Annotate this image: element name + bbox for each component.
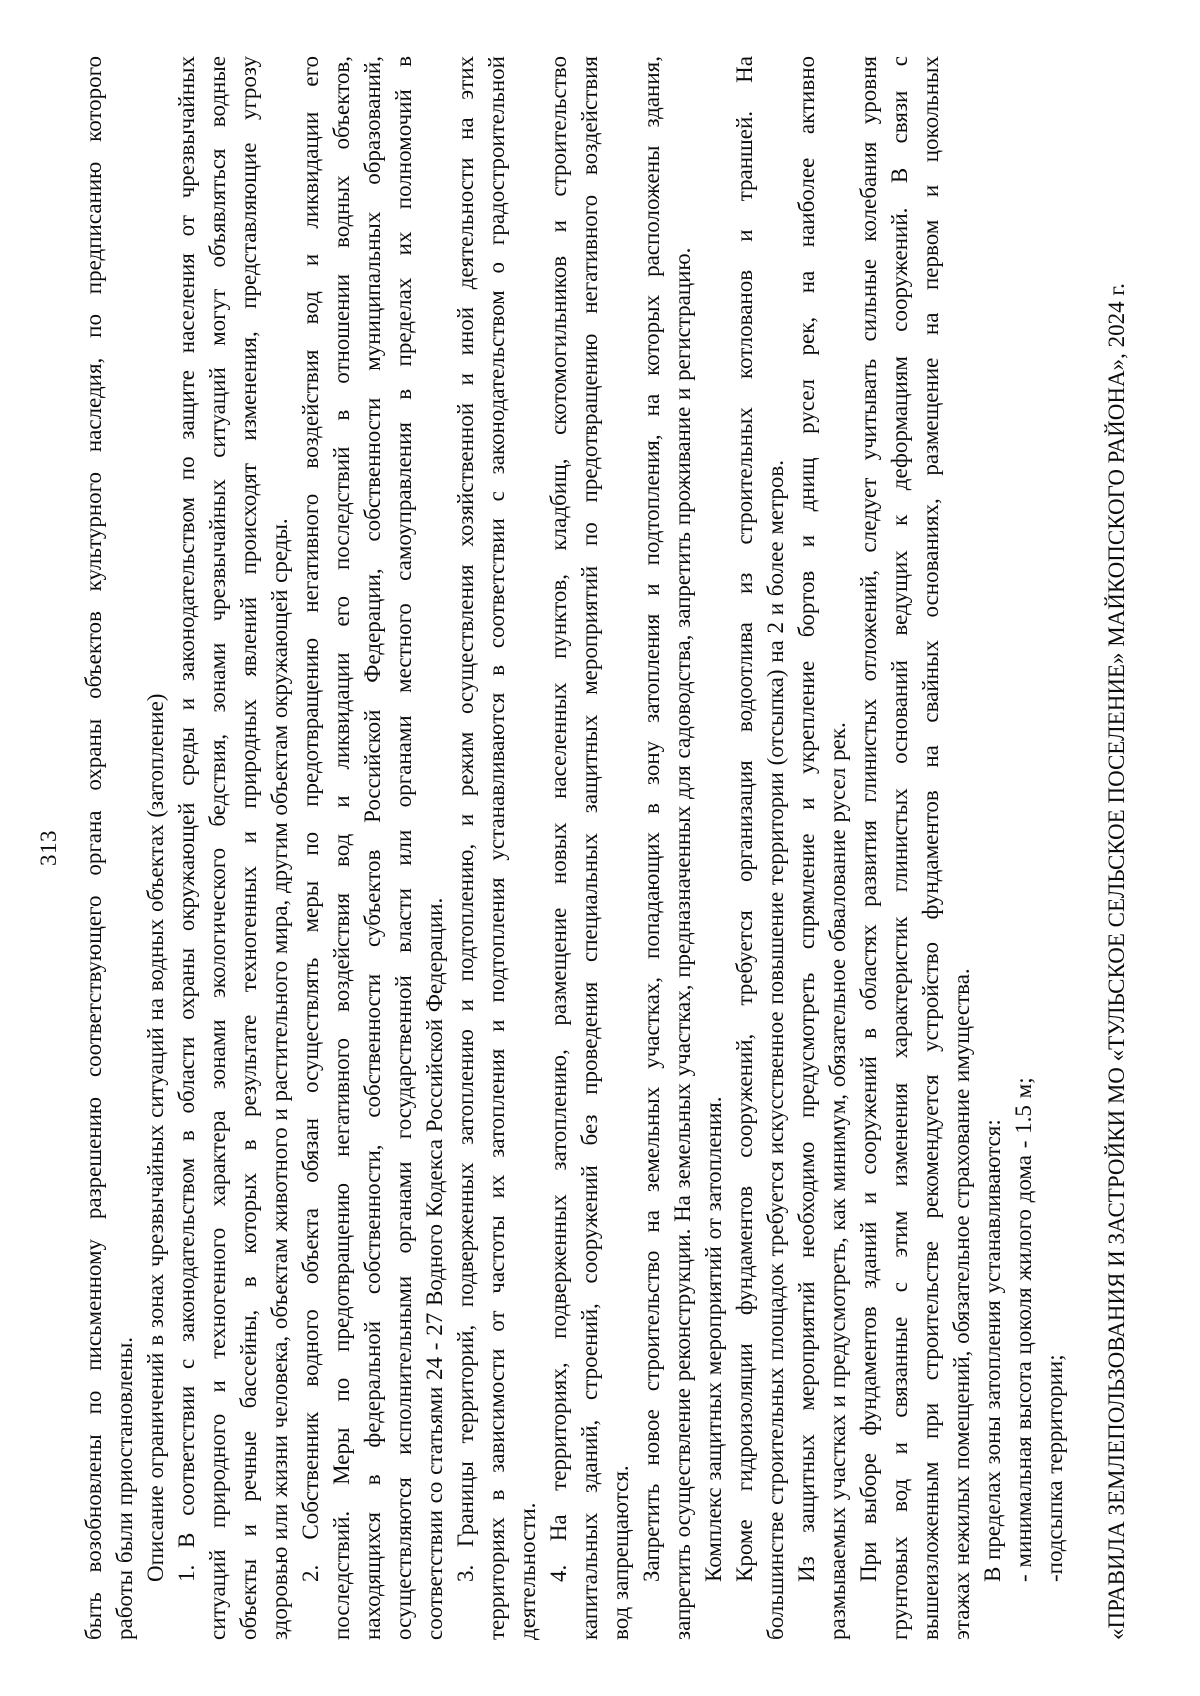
text-line: 4. На территориях, подверженных затоплен… — [543, 56, 574, 1640]
text-line: В пределах зоны затопления устанавливают… — [977, 56, 1008, 1640]
text-line: Из защитных мероприятий необходимо преду… — [791, 56, 822, 1640]
text-line: последствий. Меры по предотвращению нега… — [326, 56, 357, 1640]
text-line: соответствии со статьями 24 - 27 Водного… — [419, 56, 450, 1640]
text-line: территориях в зависимости от частоты их … — [481, 56, 512, 1640]
text-line: вод запрещаются. — [605, 56, 636, 1640]
text-line: ситуаций природного и техногенного харак… — [202, 56, 233, 1640]
text-line: большинстве строительных площадок требуе… — [760, 56, 791, 1640]
text-line: При выборе фундаментов зданий и сооружен… — [853, 56, 884, 1640]
text-line: вышеизложенным при строительстве рекомен… — [915, 56, 946, 1640]
text-line: грунтовых вод и связанные с этим изменен… — [884, 56, 915, 1640]
scanned-document-viewport: 313 быть возобновлены по письменному раз… — [0, 0, 1200, 1696]
text-line: 2. Собственник водного объекта обязан ос… — [295, 56, 326, 1640]
text-line: -подсыпка территории; — [1039, 56, 1070, 1640]
text-line: здоровью или жизни человека, объектам жи… — [264, 56, 295, 1640]
text-line: 1. В соответствии с законодательством в … — [171, 56, 202, 1640]
text-line: работы были приостановлены. — [109, 56, 140, 1640]
text-line: объекты и речные бассейны, в которых в р… — [233, 56, 264, 1640]
text-line: 3. Границы территорий, подверженных зато… — [450, 56, 481, 1640]
text-line: осуществляются исполнительными органами … — [388, 56, 419, 1640]
text-line: размываемых участках и предусмотреть, ка… — [822, 56, 853, 1640]
footer-citation: «ПРАВИЛА ЗЕМЛЕПОЛЬЗОВАНИЯ И ЗАСТРОЙКИ МО… — [1102, 56, 1132, 1640]
text-line: Запретить новое строительство на земельн… — [636, 56, 667, 1640]
text-line: капитальных зданий, строений, сооружений… — [574, 56, 605, 1640]
page-number: 313 — [36, 56, 62, 1640]
text-line: находящихся в федеральной собственности,… — [357, 56, 388, 1640]
text-line: запретить осуществление реконструкции. Н… — [667, 56, 698, 1640]
rotated-document-page: 313 быть возобновлены по письменному раз… — [0, 0, 1200, 1696]
text-line: Описание ограничений в зонах чрезвычайны… — [140, 56, 171, 1640]
text-line: Комплекс защитных мероприятий от затопле… — [698, 56, 729, 1640]
text-line: - минимальная высота цоколя жилого дома … — [1008, 56, 1039, 1640]
text-line: быть возобновлены по письменному разреше… — [78, 56, 109, 1640]
text-line: деятельности. — [512, 56, 543, 1640]
text-line: Кроме гидроизоляции фундаментов сооружен… — [729, 56, 760, 1640]
text-line: этажах нежилых помещений, обязательное с… — [946, 56, 977, 1640]
body-text: быть возобновлены по письменному разреше… — [78, 56, 1070, 1640]
